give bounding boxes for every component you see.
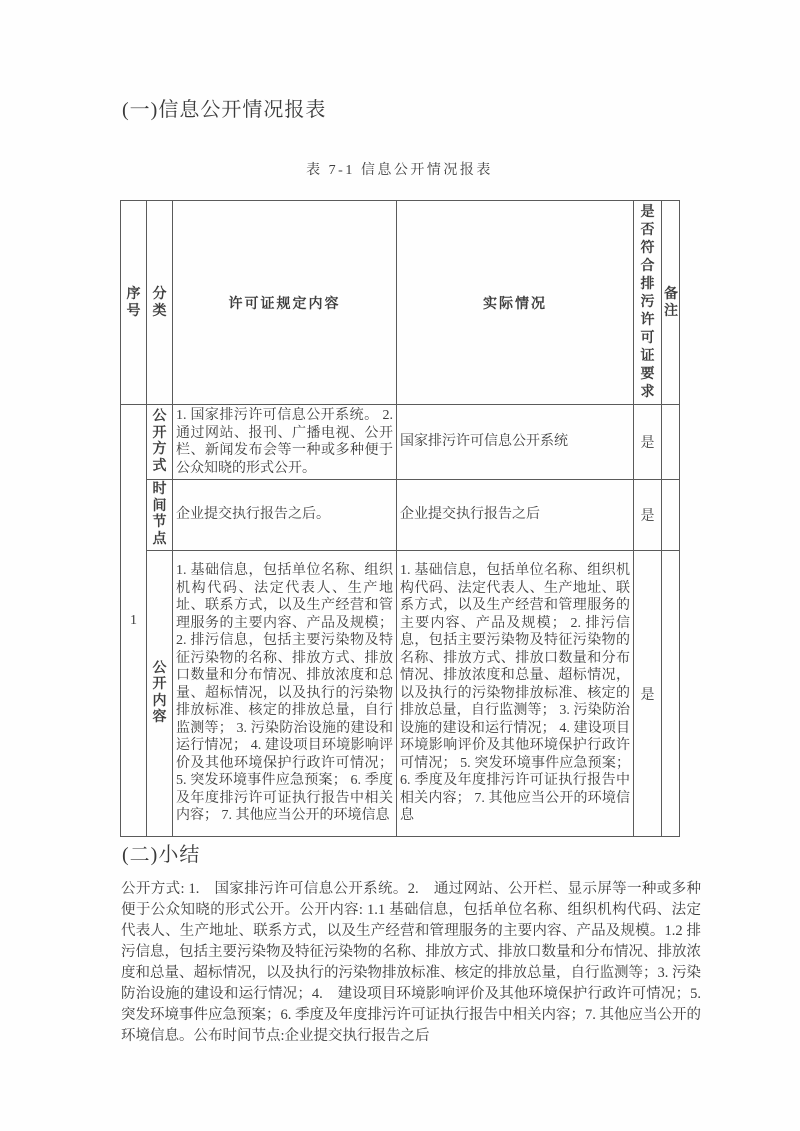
header-compliance: 是否符合排污许可证要求 [634, 201, 662, 405]
table-header-row: 序号 分类 许可证规定内容 实际情况 是否符合排污许可证要求 备注 [121, 201, 680, 405]
header-permit-required: 许可证规定内容 [173, 201, 397, 405]
section-2-heading: (二)小结 [122, 838, 200, 867]
table-row-time-node: 时间节点 企业提交执行报告之后。 企业提交执行报告之后 是 [121, 480, 680, 551]
header-index: 序号 [121, 201, 147, 405]
category-cell: 公开内容 [147, 551, 173, 837]
section-1-heading: (一)信息公开情况报表 [122, 93, 326, 122]
header-category-label: 分类 [151, 286, 167, 320]
actual-situation-cell: 企业提交执行报告之后 [397, 480, 634, 551]
header-actual: 实际情况 [397, 201, 634, 405]
remark-cell [662, 551, 680, 837]
category-label: 公开方式 [151, 409, 167, 475]
header-remark-label: 备注 [663, 286, 679, 320]
remark-cell [662, 480, 680, 551]
remark-cell [662, 405, 680, 480]
actual-situation-cell: 1. 基础信息，包括单位名称、组织机构代码、法定代表人、生产地址、联系方式，以及… [397, 551, 634, 837]
header-category: 分类 [147, 201, 173, 405]
index-cell: 1 [121, 405, 147, 837]
category-cell: 公开方式 [147, 405, 173, 480]
summary-paragraph: 公开方式: 1. 国家排污许可信息公开系统。2. 通过网站、公开栏、显示屏等一种… [121, 879, 701, 1047]
category-cell: 时间节点 [147, 480, 173, 551]
table-caption: 表 7-1 信息公开情况报表 [120, 159, 679, 179]
compliance-cell: 是 [634, 551, 662, 837]
compliance-cell: 是 [634, 405, 662, 480]
document-page: (一)信息公开情况报表 表 7-1 信息公开情况报表 序号 分类 许可证规定内容… [0, 0, 800, 1131]
header-index-label: 序号 [125, 286, 141, 320]
header-remark: 备注 [662, 201, 680, 405]
actual-situation-cell: 国家排污许可信息公开系统 [397, 405, 634, 480]
compliance-cell: 是 [634, 480, 662, 551]
category-label: 时间节点 [151, 482, 167, 548]
permit-required-cell: 1. 基础信息，包括单位名称、组织机构代码、法定代表人、生产地址、联系方式，以及… [173, 551, 397, 837]
header-compliance-label: 是否符合排污许可证要求 [639, 204, 655, 402]
permit-required-cell: 1. 国家排污许可信息公开系统。 2. 通过网站、报刊、广播电视、公开栏、新闻发… [173, 405, 397, 480]
table-row-disclosure-content: 公开内容 1. 基础信息，包括单位名称、组织机构代码、法定代表人、生产地址、联系… [121, 551, 680, 837]
table-row-disclosure-method: 1 公开方式 1. 国家排污许可信息公开系统。 2. 通过网站、报刊、广播电视、… [121, 405, 680, 480]
category-label: 公开内容 [151, 661, 167, 727]
disclosure-report-table: 序号 分类 许可证规定内容 实际情况 是否符合排污许可证要求 备注 1 公开方式… [120, 200, 680, 837]
permit-required-cell: 企业提交执行报告之后。 [173, 480, 397, 551]
